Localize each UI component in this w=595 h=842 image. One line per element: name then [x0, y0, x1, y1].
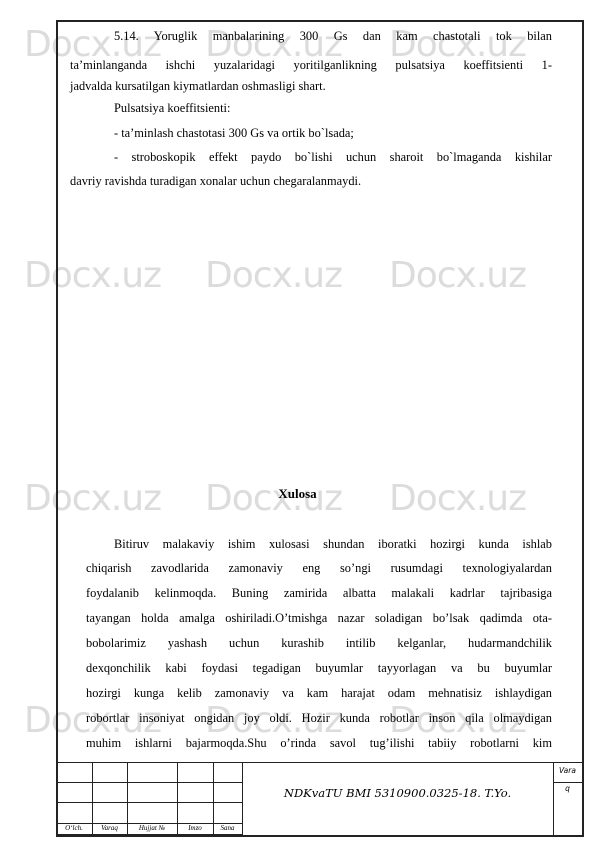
sheet-number: q	[553, 784, 582, 793]
sheet-label: Vara	[553, 766, 582, 775]
paragraph-line: tayangan holda amalga oshiriladi.O’tmish…	[86, 611, 552, 627]
paragraph-line: Pulsatsiya koeffitsienti:	[114, 101, 230, 116]
paragraph-line: Bitiruv malakaviy ishim xulosasi shundan…	[114, 537, 552, 553]
list-item: - ta’minlash chastotasi 300 Gs va ortik …	[114, 126, 354, 141]
document-code: NDKvaTU BMI 5310900.0325-18. T.Yo.	[242, 786, 553, 800]
paragraph-line: foydalanib kelinmoqda. Buning zamirida a…	[86, 586, 552, 602]
column-label-olch: O‘lch.	[56, 824, 92, 832]
column-label-varaq: Varaq	[92, 824, 127, 832]
column-label-hujjat: Hujjat №	[127, 824, 177, 832]
paragraph-line: 5.14. Yoruglik manbalarining 300 Gs dan …	[114, 29, 552, 45]
paragraph-line: chiqarish zavodlarida zamonaviy eng so’n…	[86, 561, 552, 577]
paragraph-line: dexqonchilik kabi foydasi tegadigan buyu…	[86, 661, 552, 677]
paragraph-line: davriy ravishda turadigan xonalar uchun …	[70, 174, 361, 189]
paragraph-line: robortlar insoniyat ongidan joy oldi. Ho…	[86, 711, 552, 727]
paragraph-line: jadvalda kursatilgan kiymatlardan oshmas…	[70, 79, 326, 94]
section-title: Xulosa	[0, 486, 595, 502]
column-label-sana: Sana	[213, 824, 242, 832]
paragraph-line: ta’minlanganda ishchi yuzalaridagi yorit…	[70, 58, 552, 74]
paragraph-line: hozirgi kunga kelib zamonaviy va kam har…	[86, 686, 552, 702]
paragraph-line: muhim ishlarni bajarmoqda.Shu o’rinda sa…	[86, 736, 552, 752]
column-label-imzo: Imzo	[177, 824, 213, 832]
list-item: - stroboskopik effekt paydo bo`lishi uch…	[114, 150, 552, 166]
paragraph-line: bobolarimiz yashash uchun kurashib intil…	[86, 636, 552, 652]
title-block: O‘lch. Varaq Hujjat № Imzo Sana NDKvaTU …	[56, 762, 582, 835]
